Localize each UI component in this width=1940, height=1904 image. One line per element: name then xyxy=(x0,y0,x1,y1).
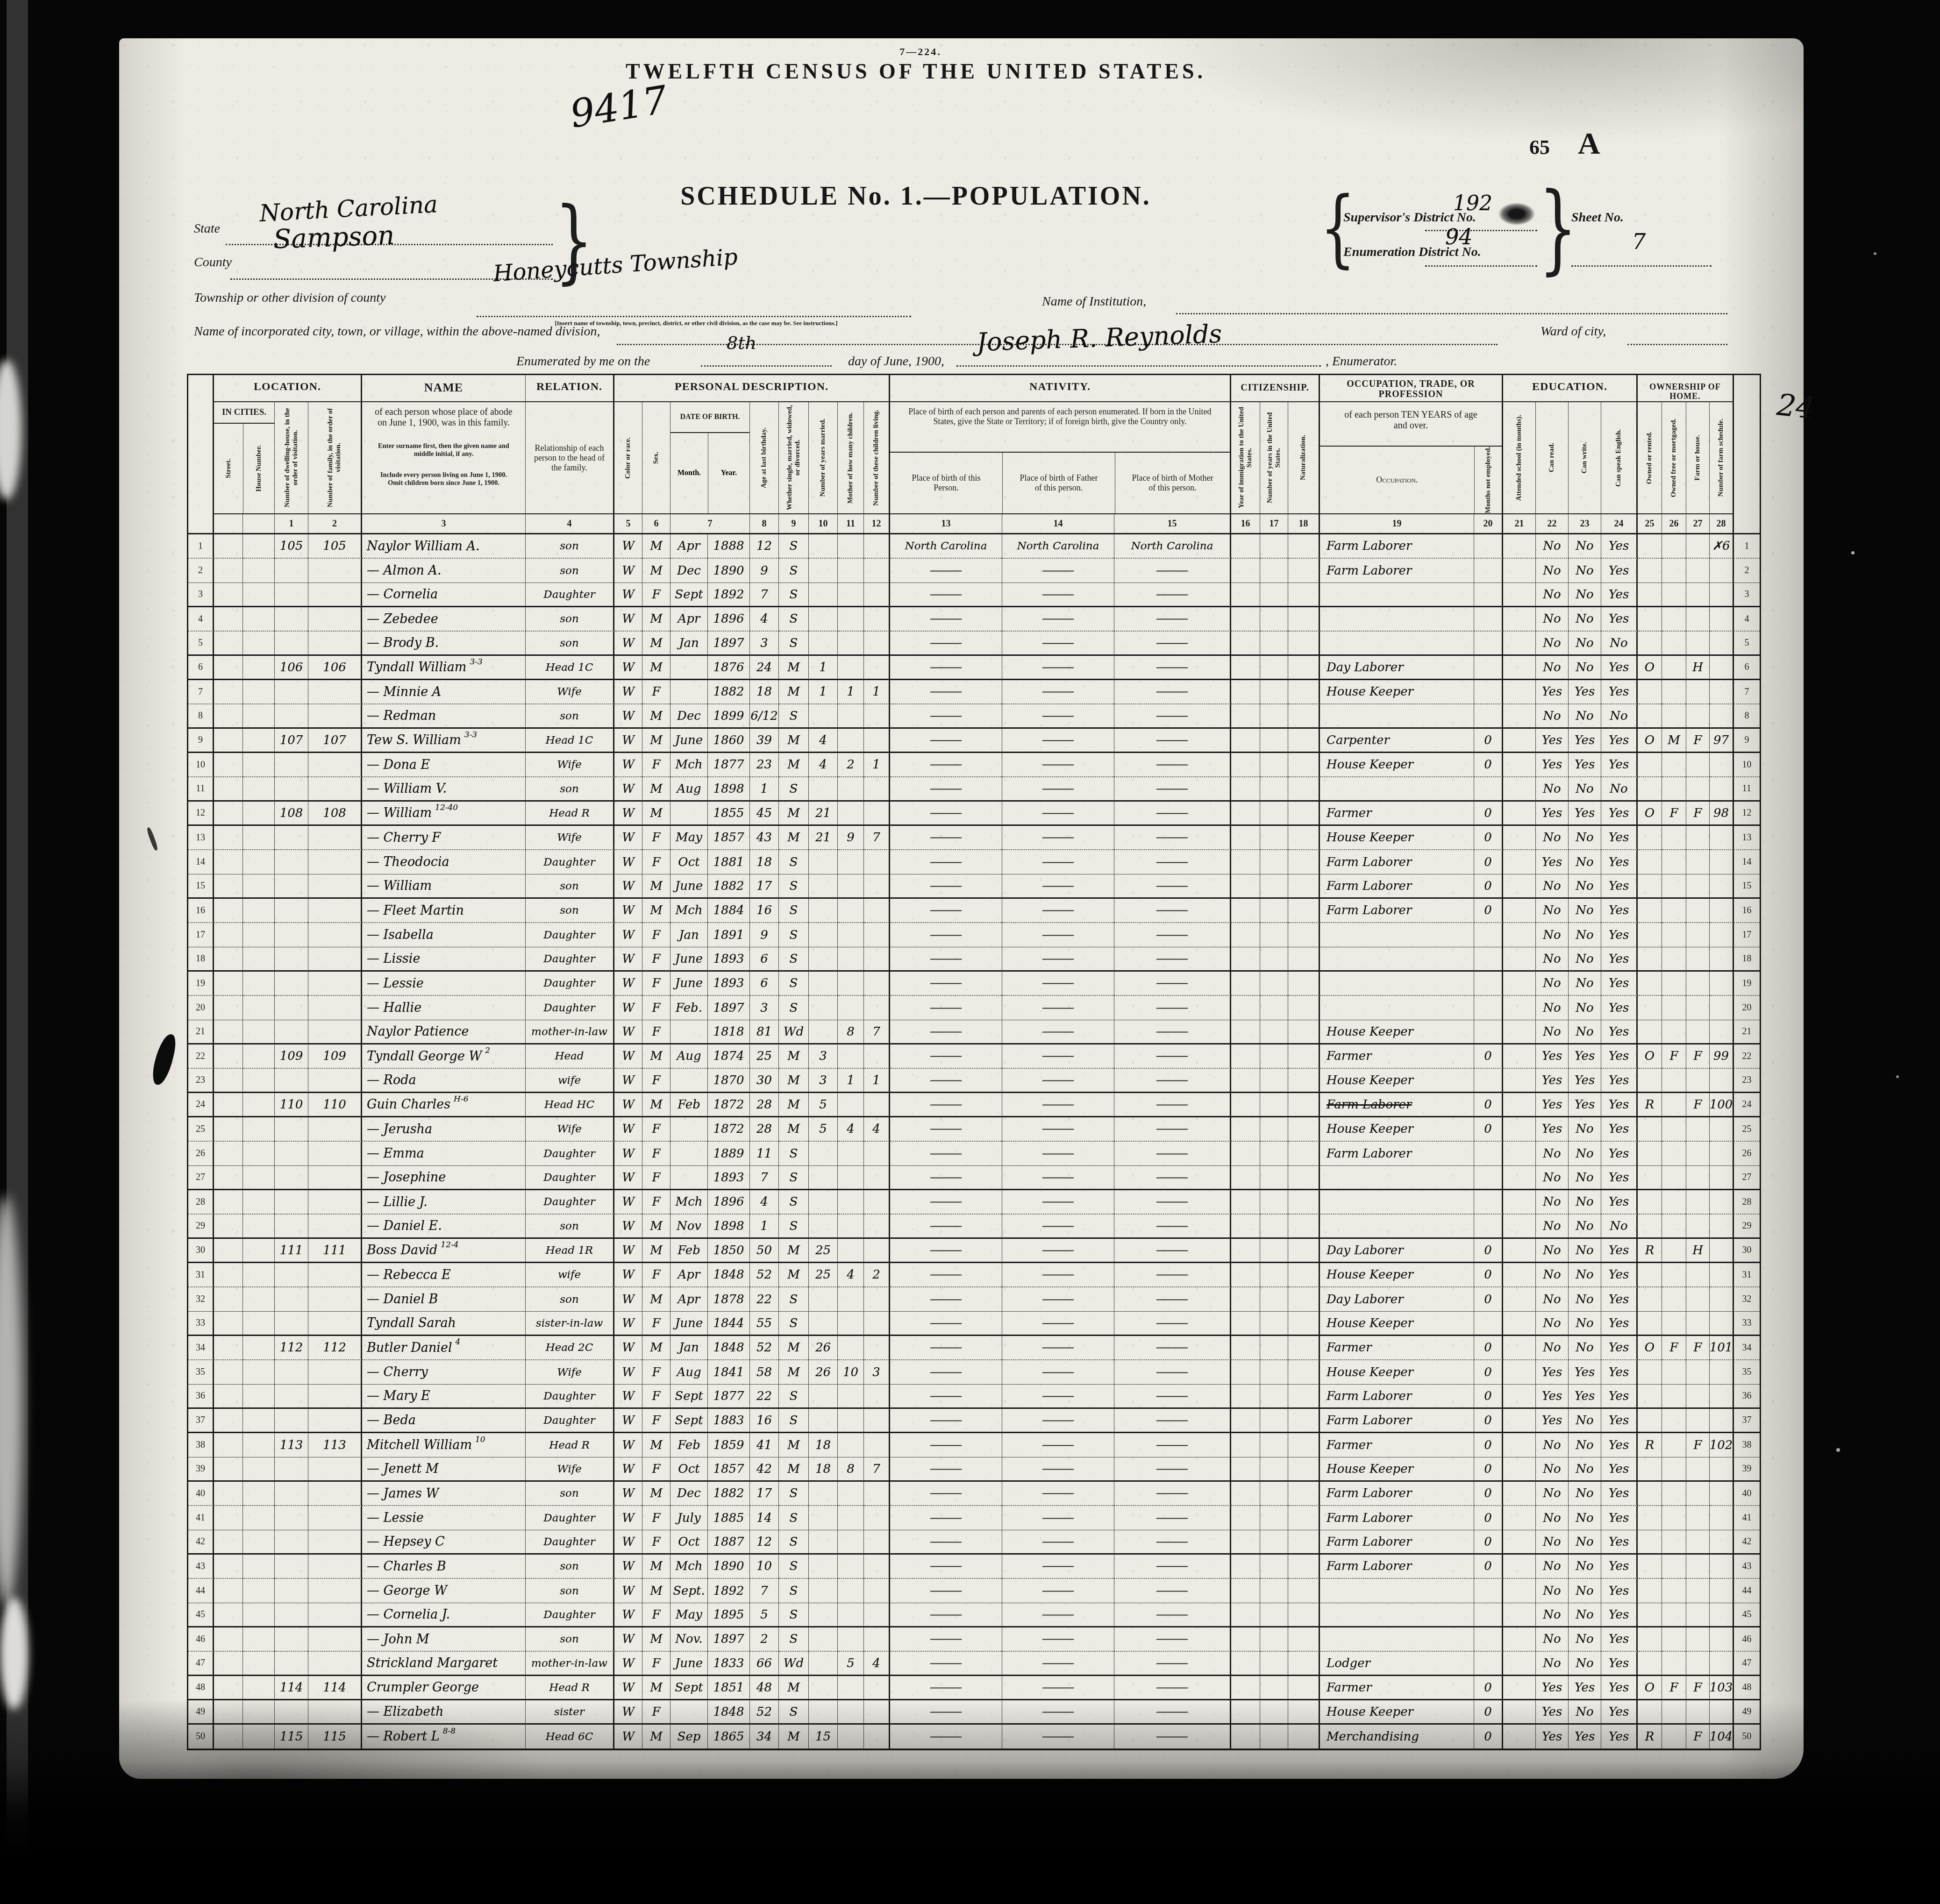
mother-of-children: 2 xyxy=(838,753,864,777)
farm-or-house: H xyxy=(1686,656,1710,680)
age: 3 xyxy=(750,632,779,656)
birthplace: — xyxy=(890,559,1002,583)
birth-month: Aug xyxy=(670,1044,708,1069)
mother-of-children xyxy=(838,1044,864,1069)
mother-of-children xyxy=(838,947,864,972)
dwelling-number xyxy=(275,680,308,704)
birth-year: 1898 xyxy=(708,777,750,802)
can-read: No xyxy=(1536,1652,1569,1676)
line-number: 12 xyxy=(1734,802,1760,826)
attended-school xyxy=(1503,1020,1536,1044)
can-read-column-header: Can read. xyxy=(1536,402,1569,514)
house-number xyxy=(243,1555,275,1579)
father-birthplace: — xyxy=(1002,583,1114,607)
column-number: 1 xyxy=(275,514,308,533)
can-write: No xyxy=(1569,826,1601,850)
occupation: Farmer xyxy=(1320,1676,1474,1700)
attended-school xyxy=(1503,996,1536,1020)
color-race: W xyxy=(614,1215,642,1239)
dwelling-number xyxy=(275,583,308,607)
owned-free-mortgaged: F xyxy=(1662,1336,1686,1360)
sex: F xyxy=(642,1530,670,1555)
attended-school xyxy=(1503,1579,1536,1603)
line-number: 29 xyxy=(1734,1215,1760,1239)
mother-of-children xyxy=(838,1142,864,1166)
years-married xyxy=(809,704,838,729)
can-read: No xyxy=(1536,1433,1569,1457)
sex: M xyxy=(642,1676,670,1700)
line-number: 50 xyxy=(1734,1725,1760,1749)
dwelling-number xyxy=(275,826,308,850)
nativity-group-header: NATIVITY. xyxy=(890,375,1231,402)
owned-free-mortgaged xyxy=(1662,1312,1686,1336)
months-not-employed: 0 xyxy=(1474,802,1503,826)
family-number xyxy=(308,1166,362,1190)
months-not-employed xyxy=(1474,1142,1503,1166)
sex: M xyxy=(642,874,670,899)
months-not-employed xyxy=(1474,1603,1503,1627)
can-write: Yes xyxy=(1569,1044,1601,1069)
can-read: Yes xyxy=(1536,1385,1569,1409)
years-married: 5 xyxy=(809,1093,838,1117)
street xyxy=(214,704,243,729)
mother-of-children xyxy=(838,1700,864,1725)
can-write: Yes xyxy=(1569,1725,1601,1749)
attended-school xyxy=(1503,1652,1536,1676)
naturalization xyxy=(1288,850,1320,874)
occupation: Farmer xyxy=(1320,1044,1474,1069)
farm-schedule-number xyxy=(1710,923,1734,947)
age: 52 xyxy=(750,1263,779,1287)
months-not-employed: 0 xyxy=(1474,1336,1503,1360)
line-number: 24 xyxy=(1734,1093,1760,1117)
can-read: Yes xyxy=(1536,680,1569,704)
person-name: — Mary E xyxy=(362,1385,526,1409)
birth-month: May xyxy=(670,1603,708,1627)
attended-school xyxy=(1503,1336,1536,1360)
person-name: — Lessie xyxy=(362,972,526,996)
street xyxy=(214,1409,243,1433)
immigration-year xyxy=(1231,1652,1260,1676)
naturalization xyxy=(1288,947,1320,972)
birthplace: — xyxy=(890,729,1002,753)
family-number xyxy=(308,1603,362,1627)
farm-schedule-number xyxy=(1710,1700,1734,1725)
mother-of-children xyxy=(838,1336,864,1360)
naturalization xyxy=(1288,607,1320,632)
immigration-year xyxy=(1231,1117,1260,1142)
birth-month: Jan xyxy=(670,923,708,947)
naturalization xyxy=(1288,899,1320,923)
can-read: No xyxy=(1536,632,1569,656)
person-name: — Rebecca E xyxy=(362,1263,526,1287)
stamp-number: 9417 xyxy=(567,78,670,136)
mother-of-children: 4 xyxy=(838,1263,864,1287)
marital-status: S xyxy=(779,534,809,559)
months-not-employed xyxy=(1474,559,1503,583)
line-number: 21 xyxy=(1734,1020,1760,1044)
line-number: 18 xyxy=(188,947,214,972)
age: 81 xyxy=(750,1020,779,1044)
speaks-english: Yes xyxy=(1601,923,1638,947)
relation: Head HC xyxy=(526,1093,614,1117)
occupation: Day Laborer xyxy=(1320,656,1474,680)
occupation: Lodger xyxy=(1320,1652,1474,1676)
birth-month: Oct xyxy=(670,850,708,874)
family-number: 110 xyxy=(308,1093,362,1117)
years-married xyxy=(809,899,838,923)
speaks-english: Yes xyxy=(1601,1360,1638,1385)
years-in-us xyxy=(1260,899,1288,923)
immigration-year xyxy=(1231,996,1260,1020)
birth-month: Apr xyxy=(670,534,708,559)
father-birthplace: — xyxy=(1002,1044,1114,1069)
years-in-us xyxy=(1260,656,1288,680)
can-write: No xyxy=(1569,1700,1601,1725)
years-in-us xyxy=(1260,1142,1288,1166)
birth-year: 1833 xyxy=(708,1652,750,1676)
person-name: Strickland Margaret xyxy=(362,1652,526,1676)
birth-year: 1887 xyxy=(708,1530,750,1555)
attended-school xyxy=(1503,680,1536,704)
can-write: No xyxy=(1569,1482,1601,1506)
owned-free-mortgaged xyxy=(1662,1603,1686,1627)
mother-of-children: 9 xyxy=(838,826,864,850)
can-read: No xyxy=(1536,1482,1569,1506)
column-number: 26 xyxy=(1662,514,1686,533)
farm-or-house: F xyxy=(1686,1093,1710,1117)
mother-of-children xyxy=(838,923,864,947)
house-number xyxy=(243,1700,275,1725)
line-number: 40 xyxy=(1734,1482,1760,1506)
sex: F xyxy=(642,753,670,777)
immigration-year xyxy=(1231,1263,1260,1287)
dwelling-number xyxy=(275,1627,308,1652)
attended-school xyxy=(1503,1676,1536,1700)
birthplace: — xyxy=(890,1117,1002,1142)
age: 43 xyxy=(750,826,779,850)
person-name: — William V. xyxy=(362,777,526,802)
birth-year: 1848 xyxy=(708,1336,750,1360)
children-living xyxy=(864,972,890,996)
house-number xyxy=(243,729,275,753)
owned-or-rented xyxy=(1638,777,1662,802)
months-not-employed: 0 xyxy=(1474,850,1503,874)
birthplace: — xyxy=(890,632,1002,656)
family-number xyxy=(308,874,362,899)
farm-schedule-number xyxy=(1710,1312,1734,1336)
marital-status: S xyxy=(779,1385,809,1409)
can-write: Yes xyxy=(1569,1676,1601,1700)
line-number: 4 xyxy=(188,607,214,632)
owned-or-rented xyxy=(1638,704,1662,729)
immigration-year xyxy=(1231,1579,1260,1603)
line-number: 38 xyxy=(1734,1433,1760,1457)
mother-of-children xyxy=(838,1385,864,1409)
marital-status: S xyxy=(779,1506,809,1530)
speaks-english: Yes xyxy=(1601,583,1638,607)
mother-of-children xyxy=(838,729,864,753)
father-birthplace: — xyxy=(1002,1239,1114,1263)
years-in-us xyxy=(1260,534,1288,559)
can-read: No xyxy=(1536,1627,1569,1652)
farm-schedule-number xyxy=(1710,874,1734,899)
line-number: 25 xyxy=(1734,1117,1760,1142)
relation: Daughter xyxy=(526,583,614,607)
birth-month: Feb. xyxy=(670,996,708,1020)
attended-school xyxy=(1503,1409,1536,1433)
marital-status: S xyxy=(779,996,809,1020)
father-birthplace: — xyxy=(1002,1627,1114,1652)
children-living: 3 xyxy=(864,1360,890,1385)
can-read: Yes xyxy=(1536,1360,1569,1385)
color-race: W xyxy=(614,923,642,947)
marital-status: S xyxy=(779,1215,809,1239)
family-number xyxy=(308,996,362,1020)
children-living xyxy=(864,1555,890,1579)
occupation: Day Laborer xyxy=(1320,1287,1474,1312)
years-married xyxy=(809,1652,838,1676)
father-birthplace: — xyxy=(1002,1190,1114,1215)
birth-year: 1892 xyxy=(708,1579,750,1603)
street xyxy=(214,632,243,656)
can-write: No xyxy=(1569,1020,1601,1044)
father-birthplace: — xyxy=(1002,972,1114,996)
months-not-employed xyxy=(1474,996,1503,1020)
owned-free-mortgaged xyxy=(1662,1700,1686,1725)
can-write: No xyxy=(1569,850,1601,874)
birth-month: Apr xyxy=(670,1287,708,1312)
mother-birthplace: — xyxy=(1114,559,1231,583)
column-number: 28 xyxy=(1710,514,1734,533)
years-in-us xyxy=(1260,972,1288,996)
attended-school xyxy=(1503,1506,1536,1530)
can-read: No xyxy=(1536,972,1569,996)
dwelling-number xyxy=(275,1700,308,1725)
children-living: 2 xyxy=(864,1263,890,1287)
birthplace: — xyxy=(890,1044,1002,1069)
can-read: Yes xyxy=(1536,1044,1569,1069)
naturalization xyxy=(1288,753,1320,777)
line-number: 50 xyxy=(188,1725,214,1749)
naturalization xyxy=(1288,1142,1320,1166)
father-birthplace: — xyxy=(1002,1166,1114,1190)
color-race: W xyxy=(614,802,642,826)
street xyxy=(214,1166,243,1190)
marital-status: S xyxy=(779,874,809,899)
age: 48 xyxy=(750,1676,779,1700)
birth-month: Sept xyxy=(670,1409,708,1433)
relation: son xyxy=(526,704,614,729)
farm-schedule-number xyxy=(1710,1603,1734,1627)
house-number xyxy=(243,802,275,826)
line-number: 36 xyxy=(1734,1385,1760,1409)
mother-birthplace: — xyxy=(1114,632,1231,656)
street-column-header: Street. xyxy=(214,424,243,513)
children-living xyxy=(864,850,890,874)
family-number xyxy=(308,1652,362,1676)
mother-of-children xyxy=(838,1093,864,1117)
relation: wife xyxy=(526,1069,614,1093)
mother-of-children xyxy=(838,874,864,899)
attended-school xyxy=(1503,1457,1536,1482)
farm-or-house xyxy=(1686,1360,1710,1385)
naturalization xyxy=(1288,777,1320,802)
farm-or-house xyxy=(1686,1190,1710,1215)
person-name: — John M xyxy=(362,1627,526,1652)
owned-free-mortgaged: M xyxy=(1662,729,1686,753)
months-not-employed xyxy=(1474,1579,1503,1603)
speaks-english: Yes xyxy=(1601,1555,1638,1579)
relation: Daughter xyxy=(526,996,614,1020)
children-living xyxy=(864,1506,890,1530)
column-number xyxy=(214,514,243,533)
months-not-employed xyxy=(1474,1652,1503,1676)
color-race: W xyxy=(614,1700,642,1725)
can-read: No xyxy=(1536,656,1569,680)
birth-month: June xyxy=(670,729,708,753)
marital-status: S xyxy=(779,1530,809,1555)
line-number: 17 xyxy=(188,923,214,947)
street xyxy=(214,777,243,802)
birth-month: Mch xyxy=(670,899,708,923)
father-birthplace: — xyxy=(1002,1263,1114,1287)
owned-free-mortgaged-column-header: Owned free or mortgaged. xyxy=(1662,402,1686,514)
enumerated-mid: day of June, 1900, xyxy=(848,354,944,369)
months-not-employed: 0 xyxy=(1474,1385,1503,1409)
months-not-employed: 0 xyxy=(1474,1409,1503,1433)
line-number: 11 xyxy=(188,777,214,802)
fill-line xyxy=(1176,313,1727,314)
speaks-english: No xyxy=(1601,704,1638,729)
mother-of-children xyxy=(838,802,864,826)
scan-speck xyxy=(1874,252,1876,255)
relation: Head xyxy=(526,1044,614,1069)
age: 17 xyxy=(750,874,779,899)
line-number: 19 xyxy=(188,972,214,996)
children-living xyxy=(864,802,890,826)
naturalization xyxy=(1288,583,1320,607)
dwelling-number xyxy=(275,923,308,947)
children-living xyxy=(864,1239,890,1263)
children-living xyxy=(864,1166,890,1190)
marital-status: S xyxy=(779,947,809,972)
farm-or-house xyxy=(1686,947,1710,972)
line-number: 39 xyxy=(188,1457,214,1482)
sex: M xyxy=(642,1482,670,1506)
immigration-year xyxy=(1231,874,1260,899)
years-married: 26 xyxy=(809,1360,838,1385)
father-birthplace: — xyxy=(1002,1700,1114,1725)
owned-free-mortgaged xyxy=(1662,1020,1686,1044)
person-name: — William xyxy=(362,874,526,899)
family-number xyxy=(308,899,362,923)
color-race: W xyxy=(614,1385,642,1409)
house-number xyxy=(243,850,275,874)
naturalization xyxy=(1288,680,1320,704)
occupation: Farm Laborer xyxy=(1320,1142,1474,1166)
can-write: Yes xyxy=(1569,1069,1601,1093)
mother-of-children: 5 xyxy=(838,1652,864,1676)
color-race: W xyxy=(614,1676,642,1700)
relation: Head 1C xyxy=(526,656,614,680)
attended-school xyxy=(1503,777,1536,802)
age: 16 xyxy=(750,899,779,923)
fill-line xyxy=(477,316,911,317)
marital-status: S xyxy=(779,583,809,607)
mother-birthplace: — xyxy=(1114,1409,1231,1433)
line-number: 16 xyxy=(188,899,214,923)
mother-of-children xyxy=(838,850,864,874)
age: 28 xyxy=(750,1117,779,1142)
marital-status: M xyxy=(779,1093,809,1117)
years-married xyxy=(809,1020,838,1044)
house-number xyxy=(243,947,275,972)
children-living xyxy=(864,1336,890,1360)
can-write: No xyxy=(1569,1142,1601,1166)
naturalization xyxy=(1288,1336,1320,1360)
street xyxy=(214,923,243,947)
months-not-employed xyxy=(1474,704,1503,729)
farm-schedule-number xyxy=(1710,1457,1734,1482)
farm-schedule-number xyxy=(1710,1117,1734,1142)
age: 4 xyxy=(750,1190,779,1215)
months-not-employed: 0 xyxy=(1474,1700,1503,1725)
color-race: W xyxy=(614,972,642,996)
naturalization xyxy=(1288,1482,1320,1506)
occupation: Farmer xyxy=(1320,1433,1474,1457)
date-of-birth-block: DATE OF BIRTH. Month. Year. xyxy=(670,402,750,514)
children-living: 1 xyxy=(864,1069,890,1093)
mother-birthplace: — xyxy=(1114,1700,1231,1725)
color-race: W xyxy=(614,656,642,680)
children-living xyxy=(864,559,890,583)
mother-of-children xyxy=(838,899,864,923)
birthplace: — xyxy=(890,1676,1002,1700)
months-not-employed xyxy=(1474,656,1503,680)
years-married: 21 xyxy=(809,826,838,850)
mother-of-children: 1 xyxy=(838,680,864,704)
relation: son xyxy=(526,1555,614,1579)
months-not-employed: 0 xyxy=(1474,1117,1503,1142)
street xyxy=(214,826,243,850)
months-not-employed: 0 xyxy=(1474,729,1503,753)
line-number: 3 xyxy=(1734,583,1760,607)
attended-school xyxy=(1503,826,1536,850)
dwelling-number xyxy=(275,1117,308,1142)
owned-free-mortgaged xyxy=(1662,1190,1686,1215)
sex: M xyxy=(642,1336,670,1360)
attended-school xyxy=(1503,1603,1536,1627)
color-race: W xyxy=(614,1627,642,1652)
can-read: No xyxy=(1536,1239,1569,1263)
years-married xyxy=(809,583,838,607)
age: 7 xyxy=(750,583,779,607)
birthplace: — xyxy=(890,1093,1002,1117)
street xyxy=(214,1555,243,1579)
naturalization xyxy=(1288,1117,1320,1142)
occupation: House Keeper xyxy=(1320,680,1474,704)
birthplace: — xyxy=(890,1627,1002,1652)
line-number: 20 xyxy=(1734,996,1760,1020)
dwelling-number xyxy=(275,777,308,802)
children-living xyxy=(864,1385,890,1409)
house-number xyxy=(243,1239,275,1263)
birthplace-person-column-header: Place of birth of this Person. xyxy=(890,453,1003,513)
house-number xyxy=(243,1652,275,1676)
person-name: — Elizabeth xyxy=(362,1700,526,1725)
marital-status: S xyxy=(779,1555,809,1579)
